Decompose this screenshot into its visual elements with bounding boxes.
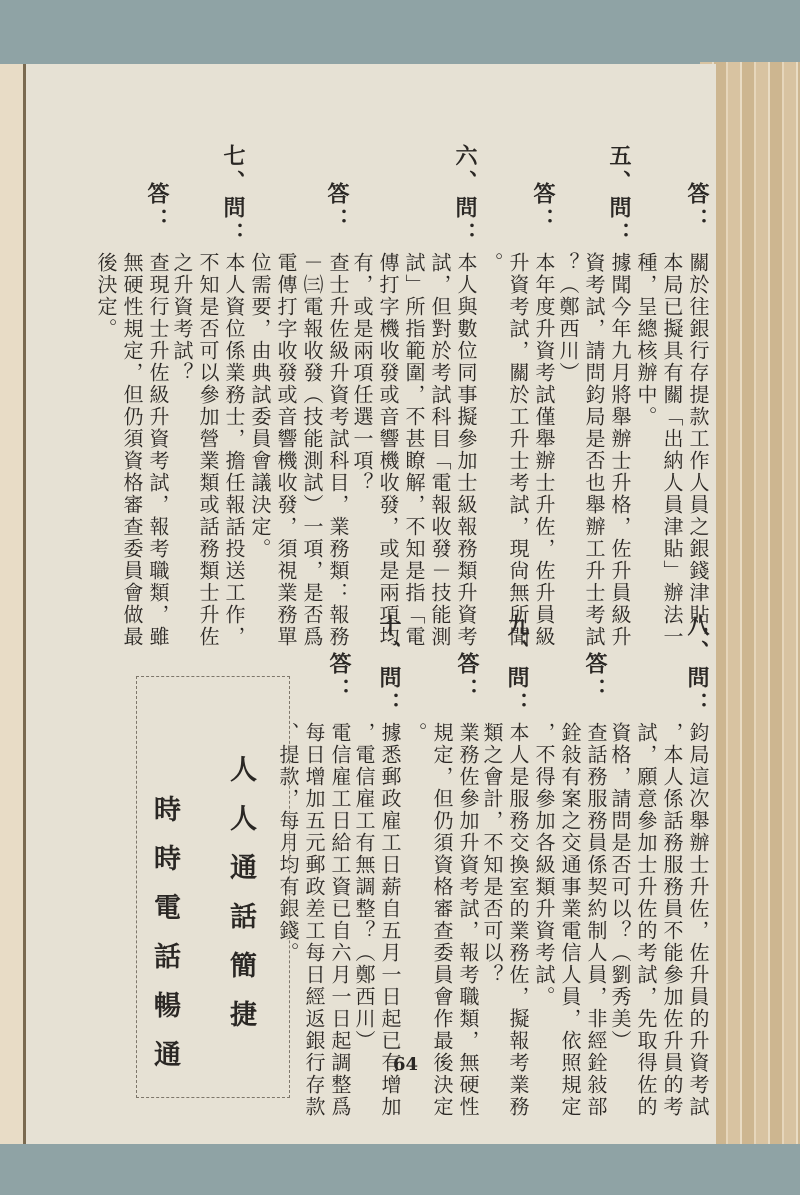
answer-label: 答： xyxy=(326,182,348,234)
question-label: 八、問： xyxy=(686,614,708,718)
answer-line: 查士升佐級升資考試科目，業務類：報務 xyxy=(328,252,348,648)
answer-line: －㈢電報收發（技能測試）一項，是否爲 xyxy=(302,252,322,648)
question-line: ？（鄭西川） xyxy=(558,252,578,384)
answer-line: 關於往銀行存提款工作人員之銀錢津貼， xyxy=(688,252,708,648)
answer-line: 。 xyxy=(482,252,502,274)
answer-line: 本年度升資考試僅舉辦士升佐，佐升員級 xyxy=(534,252,554,648)
answer-label: 答： xyxy=(456,652,478,704)
question-line: 之升資考試？ xyxy=(172,252,192,384)
answer-label: 答： xyxy=(532,182,554,234)
answer-line: 升資考試，關於工升士考試，現尙無所聞 xyxy=(508,252,528,648)
question-line: 資格，請問是否可以？（劉秀美） xyxy=(610,722,630,1052)
answer-line: 查現行士升佐級升資考試，報考職類，雖 xyxy=(148,252,168,648)
answer-label: 答： xyxy=(584,652,606,704)
page-number: 64 xyxy=(393,1054,418,1075)
answer-line: 種，呈總核辦中。 xyxy=(636,252,656,428)
question-line: 本人與數位同事擬參加士級報務類升資考 xyxy=(456,252,476,648)
question-line: 試，願意參加士升佐的考試，先取得佐的 xyxy=(636,722,656,1118)
answer-label: 答： xyxy=(686,182,708,234)
facing-page-edge xyxy=(0,64,24,1144)
answer-label: 答： xyxy=(328,652,350,704)
answer-line: ，不得參加各級類升資考試。 xyxy=(534,722,554,1008)
answer-line: 查話務服務員係契約制人員，非經銓敍部 xyxy=(586,722,606,1118)
answer-label: 答： xyxy=(146,182,168,234)
answer-line: 無硬性規定，但仍須資格審查委員會做最 xyxy=(122,252,142,648)
slogan-line-1: 人人通話簡捷 xyxy=(227,755,254,1049)
answer-line: 每日增加五元郵政差工每日經返銀行存款 xyxy=(304,722,324,1118)
book-page: 答： 關於往銀行存提款工作人員之銀錢津貼， 本局已擬具有關「出納人員津貼」辦法一… xyxy=(26,64,716,1144)
question-line: 傳打字機收發或音響機收發，或是兩項均 xyxy=(378,252,398,648)
question-label: 七、問： xyxy=(222,144,244,248)
question-line: ，電信雇工有無調整？（鄭西川） xyxy=(354,722,374,1052)
question-line: 本人是服務交換室的業務佐，擬報考業務 xyxy=(508,722,528,1118)
question-line: 不知是否可以參加營業類或話務類士升佐 xyxy=(198,252,218,648)
slogan-line-2: 時時電話暢通 xyxy=(151,795,178,1089)
answer-line: 。 xyxy=(406,722,426,744)
question-line: 試」所指範圍，不甚瞭解，不知是指「電 xyxy=(404,252,424,648)
question-label: 五、問： xyxy=(608,144,630,248)
answer-line: 後決定。 xyxy=(96,252,116,340)
question-label: 六、問： xyxy=(454,144,476,248)
slogan-box: 人人通話簡捷 時時電話暢通 xyxy=(136,676,290,1098)
question-line: 據聞今年九月將舉辦士升格，佐升員級升 xyxy=(610,252,630,648)
question-line: 資考試，請問鈞局是否也舉辦工升士考試 xyxy=(584,252,604,648)
answer-line: 電信雇工日給工資已自六月一日起調整爲 xyxy=(330,722,350,1118)
question-line: 類之會計，不知是否可以？ xyxy=(482,722,502,986)
answer-line: 銓敍有案之交通事業電信人員，依照規定 xyxy=(560,722,580,1118)
answer-line: 位需要，由典試委員會議決定。 xyxy=(250,252,270,560)
answer-line: 本局已擬具有關「出納人員津貼」辦法一 xyxy=(662,252,682,648)
answer-line: 規定，但仍須資格審查委員會作最後決定 xyxy=(432,722,452,1118)
question-label: 十、問： xyxy=(378,614,400,718)
question-line: 鈞局這次舉辦士升佐，佐升員的升資考試 xyxy=(688,722,708,1118)
question-label: 九、問： xyxy=(506,614,528,718)
question-line: 本人資位係業務士，擔任報話投送工作， xyxy=(224,252,244,648)
answer-line: 電傳打字收發或音響機收發，須視業務單 xyxy=(276,252,296,648)
question-line: 試，但對於考試科目「電報收發－技能測 xyxy=(430,252,450,648)
question-line: 有，或是兩項任選一項？ xyxy=(352,252,372,494)
answer-line: 業務佐參加升資考試，報考職類，無硬性 xyxy=(458,722,478,1118)
question-line: ，本人係話務服務員不能參加佐升員的考 xyxy=(662,722,682,1118)
